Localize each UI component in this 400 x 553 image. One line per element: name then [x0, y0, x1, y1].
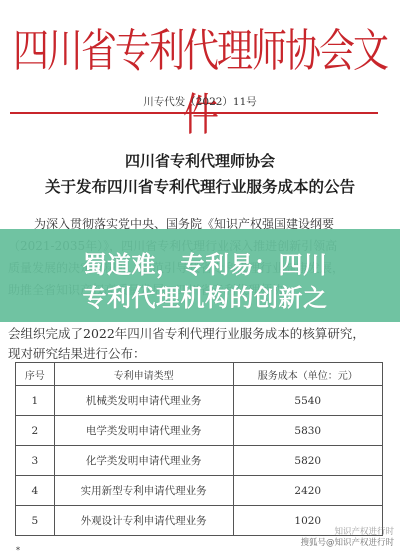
- cell-index: 3: [16, 446, 55, 476]
- cell-cost: 5540: [233, 386, 382, 416]
- header-type: 专利申请类型: [54, 363, 233, 386]
- cell-cost: 5820: [233, 446, 382, 476]
- watermark: 知识产权进行时 搜狐号@知识产权进行时: [300, 527, 394, 549]
- cell-index: 1: [16, 386, 55, 416]
- announcement-title: 关于发布四川省专利代理行业服务成本的公告: [0, 175, 400, 197]
- table-row: 4 实用新型专利申请代理业务 2420: [16, 476, 383, 506]
- cell-cost: 2420: [233, 476, 382, 506]
- cell-index: 5: [16, 506, 55, 536]
- announcement-issuer: 四川省专利代理师协会: [0, 150, 400, 171]
- headline-line-1: 蜀道难，专利易：四川: [50, 245, 360, 280]
- cell-index: 2: [16, 416, 55, 446]
- cell-cost: 5830: [233, 416, 382, 446]
- watermark-line-2: 搜狐号@知识产权进行时: [300, 538, 394, 549]
- header-index: 序号: [16, 363, 55, 386]
- footnote-mark: *: [16, 546, 20, 553]
- cell-type: 电学类发明申请代理业务: [54, 416, 233, 446]
- table-row: 2 电学类发明申请代理业务 5830: [16, 416, 383, 446]
- headline-line-2: 专利代理机构的创新之: [50, 278, 360, 313]
- table-row: 1 机械类发明申请代理业务 5540: [16, 386, 383, 416]
- table-header-row: 序号 专利申请类型 服务成本（单位：元）: [16, 363, 383, 386]
- document-page: 四川省专利代理师协会文件 川专代发（2022）11号 四川省专利代理师协会 关于…: [0, 0, 400, 553]
- document-number: 川专代发（2022）11号: [0, 94, 400, 109]
- table-row: 3 化学类发明申请代理业务 5820: [16, 446, 383, 476]
- service-cost-table: 序号 专利申请类型 服务成本（单位：元） 1 机械类发明申请代理业务 5540 …: [15, 362, 383, 536]
- header-cost: 服务成本（单位：元）: [233, 363, 382, 386]
- cell-type: 实用新型专利申请代理业务: [54, 476, 233, 506]
- masthead-title: 四川省专利代理师协会文件: [0, 16, 400, 144]
- cell-type: 化学类发明申请代理业务: [54, 446, 233, 476]
- cell-type: 外观设计专利申请代理业务: [54, 506, 233, 536]
- body-text-line: 会组织完成了2022年四川省专利代理行业服务成本的核算研究，: [8, 323, 393, 345]
- watermark-line-1: 知识产权进行时: [300, 527, 394, 538]
- red-divider: [10, 112, 378, 114]
- cell-index: 4: [16, 476, 55, 506]
- cell-type: 机械类发明申请代理业务: [54, 386, 233, 416]
